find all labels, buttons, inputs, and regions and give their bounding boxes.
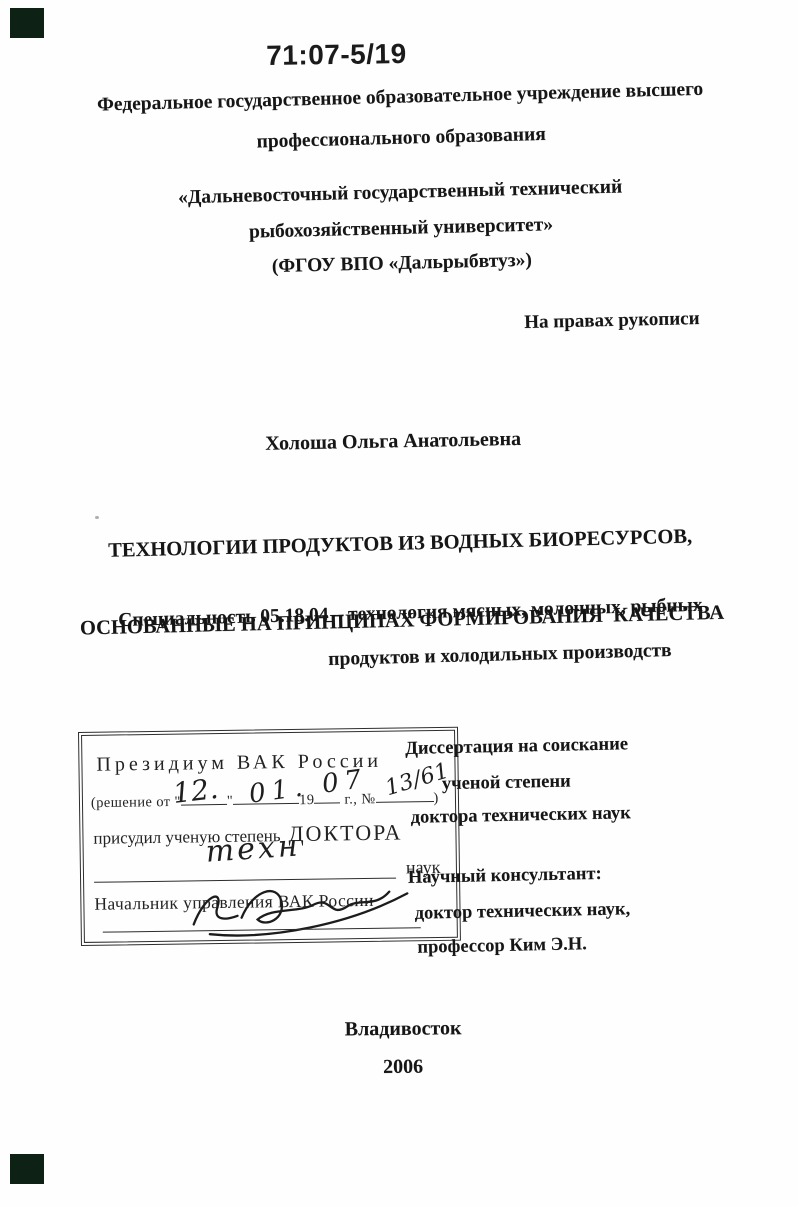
dissertation-line-1: Диссертация на соискание bbox=[405, 734, 713, 759]
consultant-label: Научный консультант: bbox=[408, 862, 716, 887]
year: 2006 bbox=[4, 1052, 798, 1083]
author-name: Холоша Ольга Анатольевна bbox=[0, 423, 792, 461]
consultant-line-2: профессор Ким Э.Н. bbox=[417, 932, 717, 957]
official-signature bbox=[179, 877, 420, 946]
dissertation-line-3: доктора технических наук bbox=[410, 802, 714, 827]
stamp-degree-caps: ДОКТОРА bbox=[288, 819, 402, 846]
corner-scan-mark-bottom bbox=[10, 1154, 44, 1184]
institution-block: Федеральное государственное образователь… bbox=[44, 78, 757, 157]
university-abbreviation: (ФГОУ ВПО «Дальрыбвтуз») bbox=[72, 246, 732, 282]
dissertation-statement-block: Диссертация на соискание ученой степени … bbox=[403, 734, 717, 957]
institution-line-2: профессионального образования bbox=[45, 119, 757, 157]
handwritten-day: 12. bbox=[171, 772, 220, 810]
dissertation-line-2: ученой степени bbox=[442, 769, 714, 793]
consultant-line-1: доктор технических наук, bbox=[414, 898, 716, 923]
university-line-2: рыбохозяйственный университет» bbox=[71, 210, 731, 246]
manuscript-rights-note: На правах рукописи bbox=[524, 307, 724, 334]
catalog-number: 71:07-5/19 bbox=[266, 38, 426, 72]
title-line-1: ТЕХНОЛОГИИ ПРОДУКТОВ ИЗ ВОДНЫХ БИОРЕСУРС… bbox=[60, 525, 740, 562]
city: Владивосток bbox=[4, 1014, 798, 1045]
handwritten-degree-field: техн bbox=[205, 828, 302, 869]
stamp-decision-prefix: (решение от " bbox=[91, 794, 181, 811]
dissertation-title-page: 71:07-5/19 Федеральное государственное о… bbox=[0, 0, 798, 1207]
corner-scan-mark-top bbox=[10, 8, 44, 38]
university-block: «Дальневосточный государственный техниче… bbox=[70, 175, 732, 282]
university-line-1: «Дальневосточный государственный техниче… bbox=[70, 175, 730, 211]
institution-line-1: Федеральное государственное образователь… bbox=[44, 78, 756, 116]
stamp-decision-line: (решение от ""19 г., №) 12. 01. 07 13/61 bbox=[91, 789, 439, 812]
